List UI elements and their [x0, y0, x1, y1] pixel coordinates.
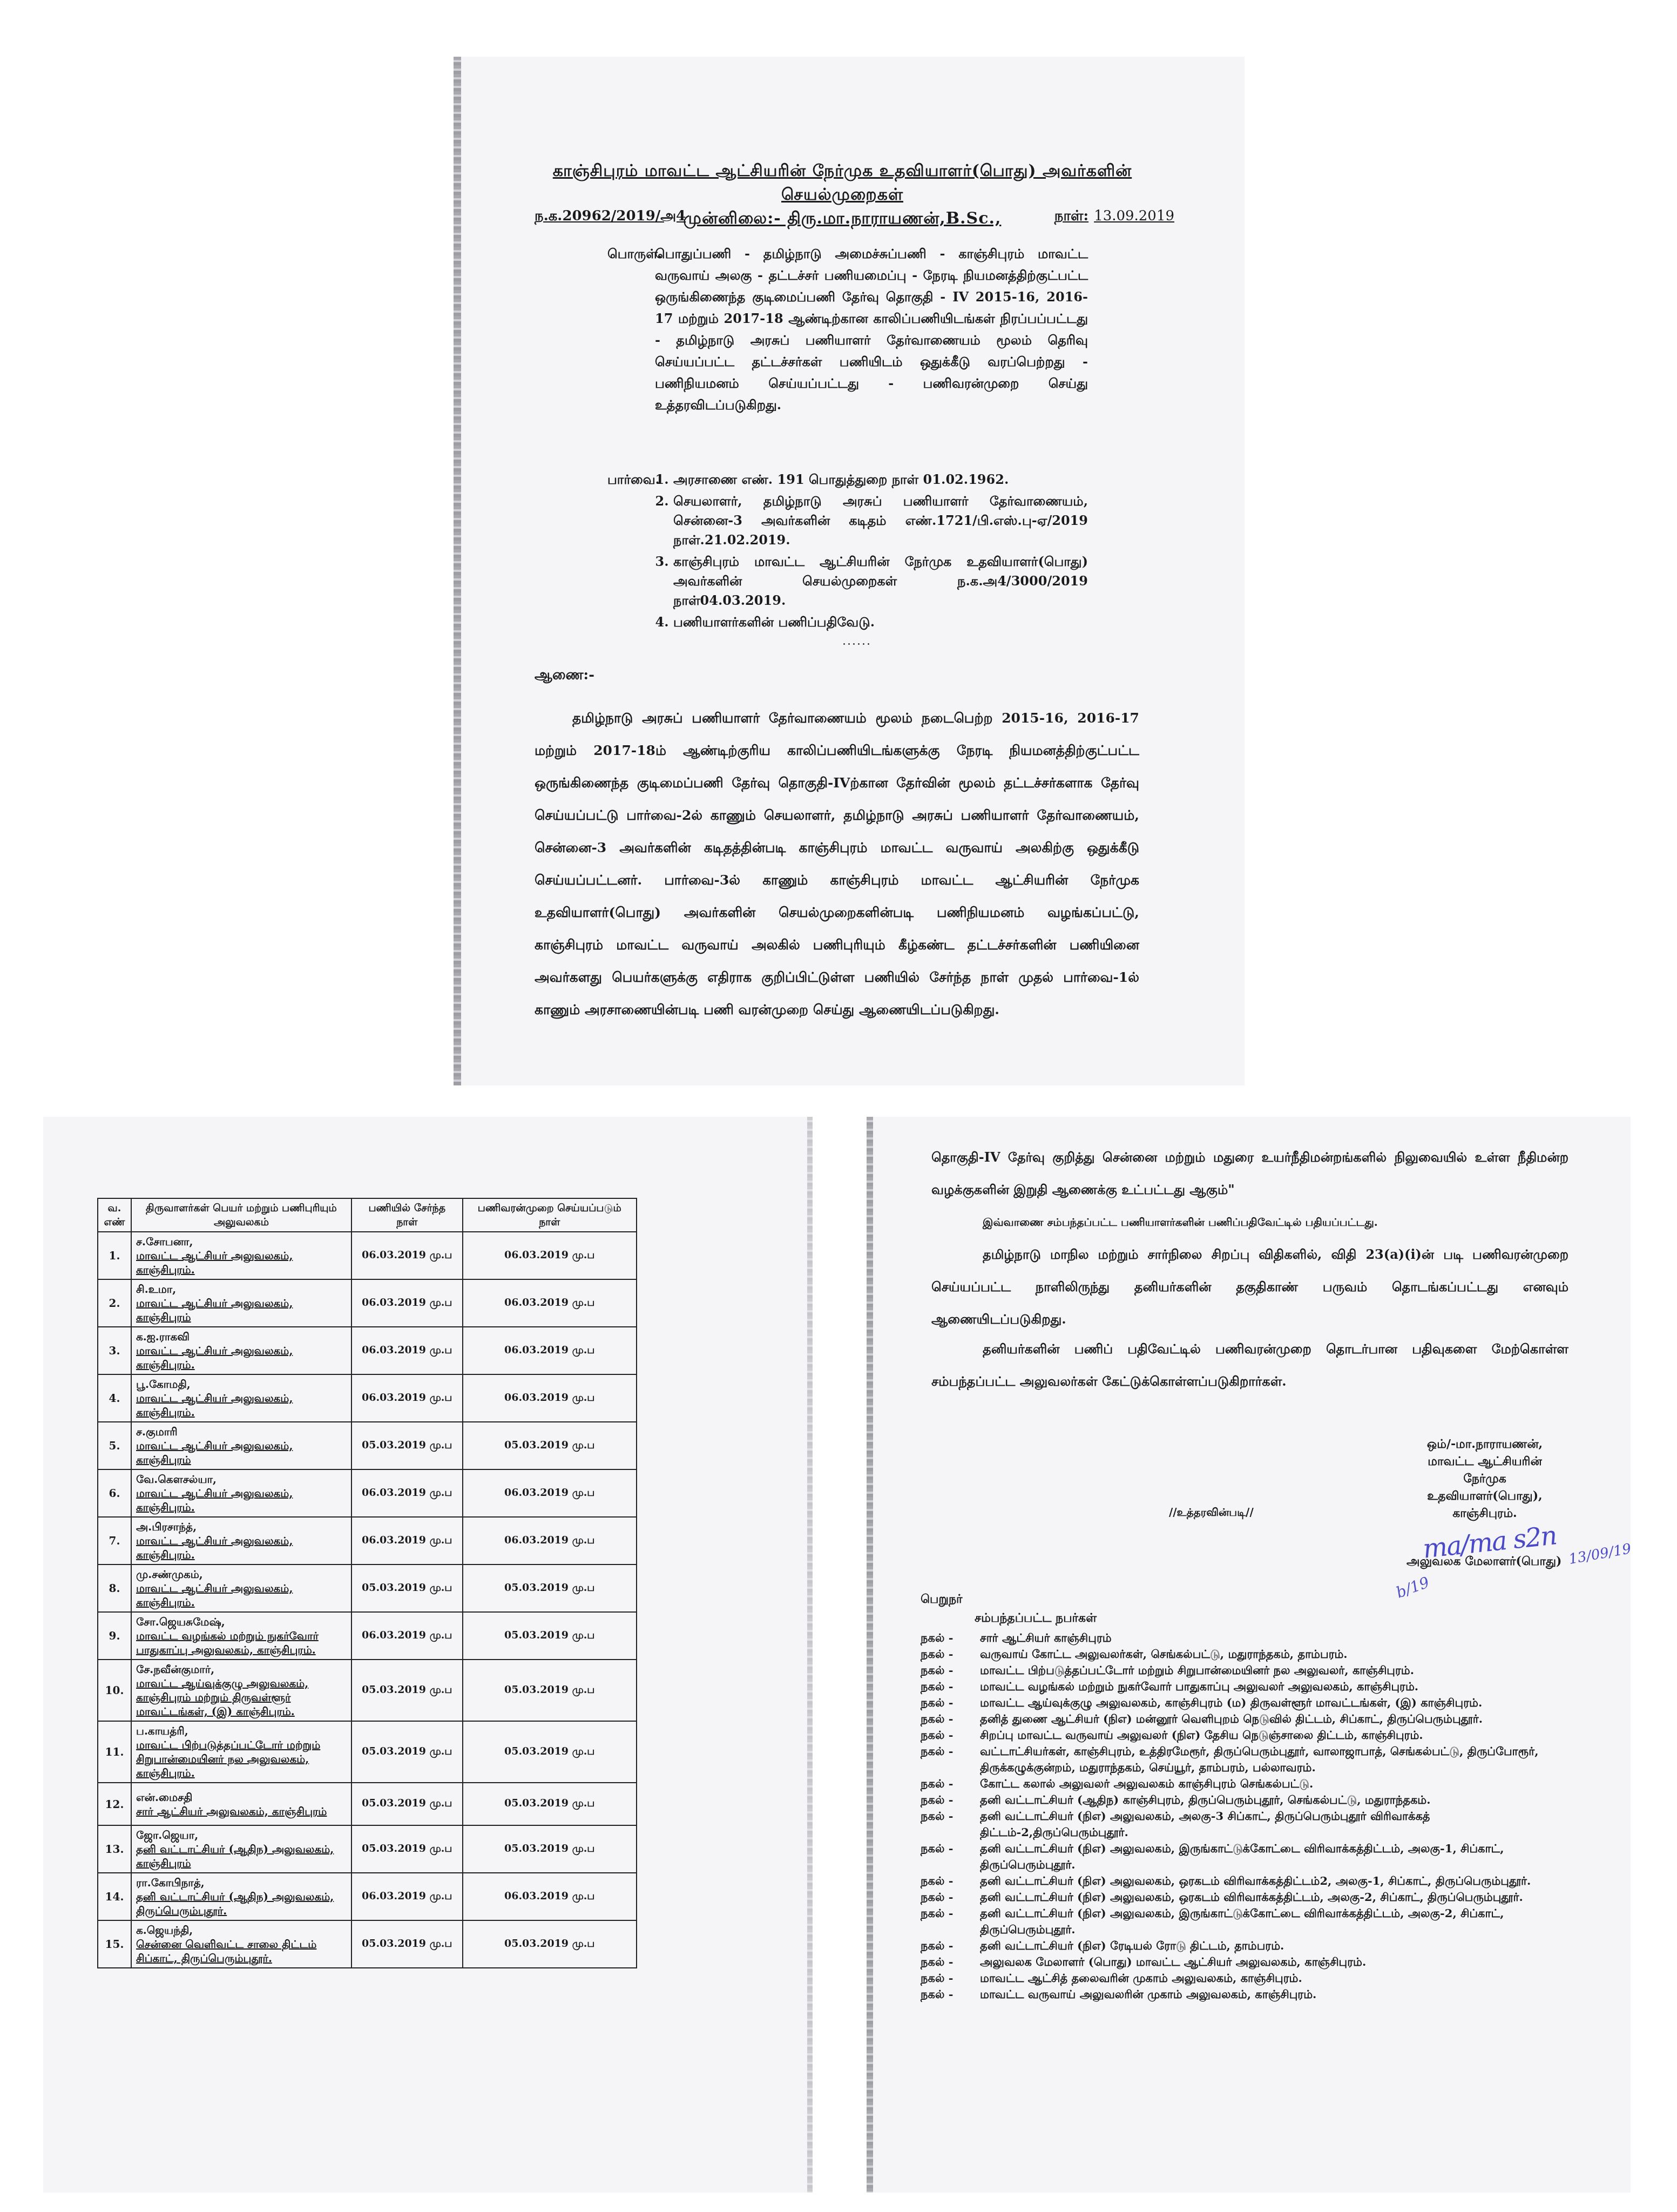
- employee-name: பூ.கோமதி,: [136, 1378, 191, 1391]
- employee-office: மாவட்ட ஆட்சியர் அலுவலகம், காஞ்சிபுரம்.: [136, 1581, 347, 1609]
- signature-date: 13/09/19: [1567, 1541, 1632, 1568]
- copy-recipient: தனி வட்டாட்சியர் (நிஎ) அலுவலகம், அலகு-3 …: [980, 1808, 1568, 1840]
- employee-office: தனி வட்டாட்சியர் (ஆதிந) அலுவலகம், திருப்…: [136, 1890, 347, 1918]
- copy-recipient: கோட்ட கலால் அலுவலர் அலுவலகம் காஞ்சிபுரம்…: [980, 1776, 1313, 1792]
- cell-sl-no: 2.: [98, 1279, 131, 1327]
- cell-name-office: க.ஐ.ராகவிமாவட்ட ஆட்சியர் அலுவலகம், காஞ்ச…: [131, 1327, 351, 1374]
- copy-to-item: நகல் -தனி வட்டாட்சியர் (நிஎ) அலுவலகம், இ…: [921, 1840, 1568, 1873]
- cell-name-office: ப.காயத்ரி,மாவட்ட பிற்படுத்தப்பட்டோர் மற்…: [131, 1721, 351, 1783]
- order-body: தமிழ்நாடு அரசுப் பணியாளர் தேர்வாணையம் மூ…: [535, 702, 1139, 1026]
- cell-regularised-date: 05.03.2019 மு.ப: [463, 1825, 637, 1873]
- employee-office: மாவட்ட ஆட்சியர் அலுவலகம், காஞ்சிபுரம்.: [136, 1249, 347, 1277]
- date-label: நாள்:: [1054, 208, 1088, 224]
- cell-joined-date: 06.03.2019 மு.ப: [351, 1873, 463, 1920]
- employee-name: ச.குமாரி: [136, 1425, 178, 1438]
- cell-name-office: சே.நவீன்குமார்,மாவட்ட ஆய்வுக்குழு அலுவலக…: [131, 1660, 351, 1721]
- employee-office: சென்னை வெளிவட்ட சாலை திட்டம் சிப்காட், த…: [136, 1937, 347, 1965]
- cell-sl-no: 3.: [98, 1327, 131, 1374]
- cell-joined-date: 05.03.2019 மு.ப: [351, 1564, 463, 1612]
- cell-name-office: க.ஜெயந்தி,சென்னை வெளிவட்ட சாலை திட்டம் ச…: [131, 1920, 351, 1968]
- document-date: நாள்:13.09.2019: [1054, 208, 1174, 226]
- table-header-row: வ. எண் திருவாளர்கள் பெயர் மற்றும் பணிபுர…: [98, 1198, 637, 1232]
- header-regularised-date: பணிவரன்முறை செய்யப்படும் நாள்: [463, 1198, 637, 1232]
- copy-prefix: நகல் -: [921, 1808, 980, 1840]
- copy-prefix: நகல் -: [921, 1776, 980, 1792]
- instruction-para: தனியர்களின் பணிப் பதிவேட்டில் பணிவரன்முற…: [931, 1333, 1568, 1398]
- cell-name-office: என்.மைசதிசார் ஆட்சியர் அலுவலகம், காஞ்சிப…: [131, 1783, 351, 1825]
- table-row: 9.சோ.ஜெயசுமேஷ்,மாவட்ட வழங்கல் மற்றும் நு…: [98, 1612, 637, 1660]
- copy-prefix: நகல் -: [921, 1711, 980, 1727]
- employee-office: மாவட்ட வழங்கல் மற்றும் நுகர்வோர் பாதுகாப…: [136, 1629, 347, 1657]
- handwritten-initial: b/19: [1394, 1573, 1431, 1602]
- cell-regularised-date: 06.03.2019 மு.ப: [463, 1469, 637, 1517]
- date-value: 13.09.2019: [1094, 208, 1174, 224]
- cell-name-office: மு.சண்முகம்,மாவட்ட ஆட்சியர் அலுவலகம், கா…: [131, 1564, 351, 1612]
- table-row: 12.என்.மைசதிசார் ஆட்சியர் அலுவலகம், காஞ்…: [98, 1783, 637, 1825]
- cell-joined-date: 05.03.2019 மு.ப: [351, 1721, 463, 1783]
- table-row: 4.பூ.கோமதி,மாவட்ட ஆட்சியர் அலுவலகம், காஞ…: [98, 1374, 637, 1422]
- copy-prefix: நகல் -: [921, 1678, 980, 1695]
- copy-recipient: தனித் துணை ஆட்சியர் (நிஎ) மன்னூர் வெளிபு…: [980, 1711, 1483, 1727]
- cell-sl-no: 13.: [98, 1825, 131, 1873]
- reference-item: காஞ்சிபுரம் மாவட்ட ஆட்சியரின் நேர்முக உத…: [673, 552, 1088, 610]
- office-manager-title: அலுவலக மேலாளர்(பொது): [1406, 1554, 1561, 1570]
- employee-name: வே.கௌசல்யா,: [136, 1473, 217, 1486]
- table-row: 13.ஜோ.ஜெயா,தனி வட்டாட்சியர் (ஆதிந) அலுவல…: [98, 1825, 637, 1873]
- employee-office: மாவட்ட ஆட்சியர் அலுவலகம், காஞ்சிபுரம்.: [136, 1486, 347, 1514]
- cell-name-office: ஜோ.ஜெயா,தனி வட்டாட்சியர் (ஆதிந) அலுவலகம்…: [131, 1825, 351, 1873]
- cell-joined-date: 06.03.2019 மு.ப: [351, 1517, 463, 1564]
- signatory-line: மாவட்ட ஆட்சியரின்: [1406, 1453, 1563, 1470]
- copy-to-item: நகல் -சிறப்பு மாவட்ட வருவாய் அலுவலர் (நி…: [921, 1727, 1568, 1743]
- employee-name: ஜோ.ஜெயா,: [136, 1829, 198, 1842]
- header-sl-no: வ. எண்: [98, 1198, 131, 1232]
- copy-to-list: நகல் -சார் ஆட்சியர் காஞ்சிபுரம்நகல் -வரு…: [921, 1630, 1568, 2002]
- cell-joined-date: 05.03.2019 மு.ப: [351, 1783, 463, 1825]
- employee-name: ரா.கோபிநாத்,: [136, 1876, 205, 1889]
- copy-to-item: நகல் -அலுவலக மேலாளர் (பொது) மாவட்ட ஆட்சி…: [921, 1954, 1568, 1970]
- references-list: அரசாணை எண். 191 பொதுத்துறை நாள் 01.02.19…: [655, 470, 1088, 634]
- cell-name-office: ச.குமாரிமாவட்ட ஆட்சியர் அலுவலகம், காஞ்சி…: [131, 1422, 351, 1469]
- cell-joined-date: 06.03.2019 மு.ப: [351, 1612, 463, 1660]
- by-order-text: //உத்தரவின்படி//: [1169, 1506, 1254, 1520]
- copy-recipient: மாவட்ட வருவாய் அலுவலரின் முகாம் அலுவலகம்…: [980, 1986, 1316, 2002]
- cell-joined-date: 06.03.2019 மு.ப: [351, 1374, 463, 1422]
- cell-sl-no: 1.: [98, 1232, 131, 1279]
- copy-to-item: நகல் -தனி வட்டாட்சியர் (நிஎ) அலுவலகம், இ…: [921, 1905, 1568, 1938]
- copy-recipient: மாவட்ட ஆய்வுக்குழு அலுவலகம், காஞ்சிபுரம்…: [980, 1695, 1482, 1711]
- copy-to-item: நகல் -தனி வட்டாட்சியர் (நிஎ) ரேடியல் ரோட…: [921, 1938, 1568, 1954]
- signatory-line: நேர்முக உதவியாளர்(பொது),: [1406, 1470, 1563, 1505]
- copy-prefix: நகல் -: [921, 1727, 980, 1743]
- table-row: 5.ச.குமாரிமாவட்ட ஆட்சியர் அலுவலகம், காஞ்…: [98, 1422, 637, 1469]
- cell-regularised-date: 05.03.2019 மு.ப: [463, 1612, 637, 1660]
- cell-sl-no: 6.: [98, 1469, 131, 1517]
- copy-prefix: நகல் -: [921, 1630, 980, 1646]
- copy-recipient: தனி வட்டாட்சியர் (நிஎ) அலுவலகம், இருங்கா…: [980, 1840, 1568, 1873]
- copy-to-item: நகல் -மாவட்ட பிற்படுத்தப்பட்டோர் மற்றும்…: [921, 1662, 1568, 1678]
- table-row: 1.ச.சோபனா,மாவட்ட ஆட்சியர் அலுவலகம், காஞ்…: [98, 1232, 637, 1279]
- recipient-label: பெறுநர்: [921, 1592, 963, 1608]
- copy-to-item: நகல் -மாவட்ட வருவாய் அலுவலரின் முகாம் அல…: [921, 1986, 1568, 2002]
- cell-sl-no: 8.: [98, 1564, 131, 1612]
- copy-to-item: நகல் -தனித் துணை ஆட்சியர் (நிஎ) மன்னூர் …: [921, 1711, 1568, 1727]
- employee-office: மாவட்ட ஆய்வுக்குழு அலுவலகம், காஞ்சிபுரம்…: [136, 1676, 347, 1718]
- employee-office: தனி வட்டாட்சியர் (ஆதிந) அலுவலகம், காஞ்சி…: [136, 1842, 347, 1870]
- copy-recipient: தனி வட்டாட்சியர் (நிஎ) அலுவலகம், ஒரகடம் …: [980, 1873, 1531, 1889]
- copy-prefix: நகல் -: [921, 1889, 980, 1905]
- cell-name-office: அ.பிரசாந்த்,மாவட்ட ஆட்சியர் அலுவலகம், கா…: [131, 1517, 351, 1564]
- copy-recipient: சிறப்பு மாவட்ட வருவாய் அலுவலர் (நிஎ) தேச…: [980, 1727, 1423, 1743]
- cell-name-office: ரா.கோபிநாத்,தனி வட்டாட்சியர் (ஆதிந) அலுவ…: [131, 1873, 351, 1920]
- cell-regularised-date: 05.03.2019 மு.ப: [463, 1721, 637, 1783]
- page-3-continuation: தொகுதி-IV தேர்வு குறித்து சென்னை மற்றும்…: [867, 1117, 1631, 2193]
- cell-joined-date: 06.03.2019 மு.ப: [351, 1469, 463, 1517]
- employee-name: க.ஐ.ராகவி: [136, 1330, 190, 1343]
- references-block: பார்வை. அரசாணை எண். 191 பொதுத்துறை நாள் …: [607, 470, 1088, 634]
- reference-item: பணியாளர்களின் பணிப்பதிவேடு.: [673, 612, 1088, 632]
- cell-sl-no: 12.: [98, 1783, 131, 1825]
- copy-recipient: மாவட்ட ஆட்சித் தலைவரின் முகாம் அலுவலகம்,…: [980, 1970, 1302, 1986]
- cell-name-office: பூ.கோமதி,மாவட்ட ஆட்சியர் அலுவலகம், காஞ்ச…: [131, 1374, 351, 1422]
- header-joined-date: பணியில் சேர்ந்த நாள்: [351, 1198, 463, 1232]
- employee-name: ப.காயத்ரி,: [136, 1724, 188, 1737]
- cell-name-office: சோ.ஜெயசுமேஷ்,மாவட்ட வழங்கல் மற்றும் நுகர…: [131, 1612, 351, 1660]
- recipient-value: சம்பந்தப்பட்ட நபர்கள்: [975, 1611, 1097, 1627]
- copy-recipient: வட்டாட்சியர்கள், காஞ்சிபுரம், உத்திரமேரூ…: [980, 1743, 1568, 1776]
- employee-name: க.ஜெயந்தி,: [136, 1924, 193, 1937]
- employee-office: மாவட்ட பிற்படுத்தப்பட்டோர் மற்றும் சிறுப…: [136, 1738, 347, 1780]
- copy-prefix: நகல் -: [921, 1873, 980, 1889]
- employee-office: மாவட்ட ஆட்சியர் அலுவலகம், காஞ்சிபுரம்: [136, 1439, 347, 1467]
- copy-prefix: நகல் -: [921, 1986, 980, 2002]
- cell-sl-no: 15.: [98, 1920, 131, 1968]
- copy-prefix: நகல் -: [921, 1954, 980, 1970]
- cell-joined-date: 06.03.2019 மு.ப: [351, 1279, 463, 1327]
- copy-prefix: நகல் -: [921, 1743, 980, 1776]
- employee-name: ச.சோபனா,: [136, 1235, 193, 1248]
- employee-office: மாவட்ட ஆட்சியர் அலுவலகம், காஞ்சிபுரம்.: [136, 1534, 347, 1562]
- copy-recipient: தனி வட்டாட்சியர் (நிஎ) அலுவலகம், இருங்கா…: [980, 1905, 1568, 1938]
- copy-recipient: அலுவலக மேலாளர் (பொது) மாவட்ட ஆட்சியர் அல…: [980, 1954, 1366, 1970]
- signatory-line: ஒம்/-மா.நாராயணன்,: [1406, 1435, 1563, 1453]
- copy-recipient: தனி வட்டாட்சியர் (ஆதிந) காஞ்சிபுரம், திர…: [980, 1792, 1431, 1808]
- header-name-office: திருவாளர்கள் பெயர் மற்றும் பணிபுரியும் அ…: [131, 1198, 351, 1232]
- copy-to-item: நகல் -மாவட்ட ஆட்சித் தலைவரின் முகாம் அலு…: [921, 1970, 1568, 1986]
- cell-regularised-date: 06.03.2019 மு.ப: [463, 1517, 637, 1564]
- cell-sl-no: 9.: [98, 1612, 131, 1660]
- copy-prefix: நகல் -: [921, 1695, 980, 1711]
- cell-name-office: வே.கௌசல்யா,மாவட்ட ஆட்சியர் அலுவலகம், காஞ…: [131, 1469, 351, 1517]
- subject-label: பொருள்.: [607, 243, 655, 416]
- subject-block: பொருள். பொதுப்பணி - தமிழ்நாடு அமைச்சுப்ப…: [607, 243, 1088, 416]
- table-row: 2.சி.உமா,மாவட்ட ஆட்சியர் அலுவலகம், காஞ்ச…: [98, 1279, 637, 1327]
- copy-recipient: சார் ஆட்சியர் காஞ்சிபுரம்: [980, 1630, 1112, 1646]
- table-row: 10.சே.நவீன்குமார்,மாவட்ட ஆய்வுக்குழு அலு…: [98, 1660, 637, 1721]
- employee-office: மாவட்ட ஆட்சியர் அலுவலகம், காஞ்சிபுரம்: [136, 1296, 347, 1324]
- copy-to-item: நகல் -தனி வட்டாட்சியர் (நிஎ) அலுவலகம், அ…: [921, 1808, 1568, 1840]
- employee-name: மு.சண்முகம்,: [136, 1568, 203, 1581]
- employee-office: சார் ஆட்சியர் அலுவலகம், காஞ்சிபுரம்: [136, 1804, 347, 1818]
- signatory-block: ஒம்/-மா.நாராயணன், மாவட்ட ஆட்சியரின் நேர்…: [1406, 1435, 1563, 1522]
- cell-regularised-date: 05.03.2019 மு.ப: [463, 1564, 637, 1612]
- employee-office: மாவட்ட ஆட்சியர் அலுவலகம், காஞ்சிபுரம்.: [136, 1391, 347, 1419]
- cell-regularised-date: 06.03.2019 மு.ப: [463, 1873, 637, 1920]
- copy-prefix: நகல் -: [921, 1792, 980, 1808]
- reference-number: ந.க.20962/2019/அ4: [535, 208, 686, 226]
- copy-prefix: நகல் -: [921, 1646, 980, 1662]
- order-heading: ஆணை:-: [535, 667, 594, 685]
- cell-regularised-date: 06.03.2019 மு.ப: [463, 1279, 637, 1327]
- cell-regularised-date: 06.03.2019 மு.ப: [463, 1327, 637, 1374]
- cell-regularised-date: 05.03.2019 மு.ப: [463, 1422, 637, 1469]
- references-label: பார்வை.: [607, 470, 655, 634]
- cell-regularised-date: 06.03.2019 மு.ப: [463, 1232, 637, 1279]
- probation-para: தமிழ்நாடு மாநில மற்றும் சார்நிலை சிறப்பு…: [931, 1238, 1568, 1336]
- copy-prefix: நகல் -: [921, 1905, 980, 1938]
- cell-sl-no: 10.: [98, 1660, 131, 1721]
- cell-joined-date: 05.03.2019 மு.ப: [351, 1825, 463, 1873]
- table-row: 8.மு.சண்முகம்,மாவட்ட ஆட்சியர் அலுவலகம், …: [98, 1564, 637, 1612]
- cell-joined-date: 06.03.2019 மு.ப: [351, 1232, 463, 1279]
- copy-recipient: மாவட்ட பிற்படுத்தப்பட்டோர் மற்றும் சிறுப…: [980, 1662, 1414, 1678]
- copy-to-item: நகல் -தனி வட்டாட்சியர் (நிஎ) அலுவலகம், ஒ…: [921, 1873, 1568, 1889]
- cell-joined-date: 05.03.2019 மு.ப: [351, 1422, 463, 1469]
- cell-sl-no: 4.: [98, 1374, 131, 1422]
- court-case-para: தொகுதி-IV தேர்வு குறித்து சென்னை மற்றும்…: [931, 1141, 1568, 1206]
- copy-prefix: நகல் -: [921, 1662, 980, 1678]
- cell-joined-date: 05.03.2019 மு.ப: [351, 1920, 463, 1968]
- cell-joined-date: 05.03.2019 மு.ப: [351, 1660, 463, 1721]
- cell-sl-no: 11.: [98, 1721, 131, 1783]
- cell-regularised-date: 05.03.2019 மு.ப: [463, 1920, 637, 1968]
- table-row: 14.ரா.கோபிநாத்,தனி வட்டாட்சியர் (ஆதிந) அ…: [98, 1873, 637, 1920]
- cell-name-office: ச.சோபனா,மாவட்ட ஆட்சியர் அலுவலகம், காஞ்சி…: [131, 1232, 351, 1279]
- table-row: 3.க.ஐ.ராகவிமாவட்ட ஆட்சியர் அலுவலகம், காஞ…: [98, 1327, 637, 1374]
- copy-recipient: தனி வட்டாட்சியர் (நிஎ) அலுவலகம், ஒரகடம் …: [980, 1889, 1523, 1905]
- employee-name: சி.உமா,: [136, 1283, 176, 1296]
- page-1-proceedings: காஞ்சிபுரம் மாவட்ட ஆட்சியரின் நேர்முக உத…: [454, 57, 1245, 1085]
- subject-text: பொதுப்பணி - தமிழ்நாடு அமைச்சுப்பணி - காஞ…: [655, 243, 1088, 416]
- copy-prefix: நகல் -: [921, 1970, 980, 1986]
- copy-to-item: நகல் -வட்டாட்சியர்கள், காஞ்சிபுரம், உத்த…: [921, 1743, 1568, 1776]
- cell-regularised-date: 05.03.2019 மு.ப: [463, 1660, 637, 1721]
- separator: ......: [842, 635, 871, 648]
- table-row: 15.க.ஜெயந்தி,சென்னை வெளிவட்ட சாலை திட்டம…: [98, 1920, 637, 1968]
- copy-prefix: நகல் -: [921, 1840, 980, 1873]
- table-row: 11.ப.காயத்ரி,மாவட்ட பிற்படுத்தப்பட்டோர் …: [98, 1721, 637, 1783]
- employee-office: மாவட்ட ஆட்சியர் அலுவலகம், காஞ்சிபுரம்.: [136, 1344, 347, 1372]
- reference-item: அரசாணை எண். 191 பொதுத்துறை நாள் 01.02.19…: [673, 470, 1088, 489]
- employee-name: என்.மைசதி: [136, 1791, 192, 1804]
- cell-sl-no: 7.: [98, 1517, 131, 1564]
- employee-name: அ.பிரசாந்த்,: [136, 1520, 197, 1533]
- copy-prefix: நகல் -: [921, 1938, 980, 1954]
- copy-recipient: வருவாய் கோட்ட அலுவலர்கள், செங்கல்பட்டு, …: [980, 1646, 1348, 1662]
- copy-to-item: நகல் -தனி வட்டாட்சியர் (ஆதிந) காஞ்சிபுரம…: [921, 1792, 1568, 1808]
- title-line-1: காஞ்சிபுரம் மாவட்ட ஆட்சியரின் நேர்முக உத…: [524, 159, 1161, 207]
- copy-to-item: நகல் -மாவட்ட வழங்கல் மற்றும் நுகர்வோர் ப…: [921, 1678, 1568, 1695]
- copy-to-item: நகல் -வருவாய் கோட்ட அலுவலர்கள், செங்கல்ப…: [921, 1646, 1568, 1662]
- cell-joined-date: 06.03.2019 மு.ப: [351, 1327, 463, 1374]
- employee-name: சே.நவீன்குமார்,: [136, 1663, 214, 1676]
- copy-to-item: நகல் -கோட்ட கலால் அலுவலர் அலுவலகம் காஞ்ச…: [921, 1776, 1568, 1792]
- cell-regularised-date: 06.03.2019 மு.ப: [463, 1374, 637, 1422]
- cell-sl-no: 5.: [98, 1422, 131, 1469]
- cell-regularised-date: 05.03.2019 மு.ப: [463, 1783, 637, 1825]
- employee-table: வ. எண் திருவாளர்கள் பெயர் மற்றும் பணிபுர…: [97, 1198, 637, 1968]
- copy-to-item: நகல் -மாவட்ட ஆய்வுக்குழு அலுவலகம், காஞ்ச…: [921, 1695, 1568, 1711]
- cell-sl-no: 14.: [98, 1873, 131, 1920]
- copy-to-item: நகல் -சார் ஆட்சியர் காஞ்சிபுரம்: [921, 1630, 1568, 1646]
- table-row: 6.வே.கௌசல்யா,மாவட்ட ஆட்சியர் அலுவலகம், க…: [98, 1469, 637, 1517]
- table-body: 1.ச.சோபனா,மாவட்ட ஆட்சியர் அலுவலகம், காஞ்…: [98, 1232, 637, 1968]
- signatory-line: காஞ்சிபுரம்.: [1406, 1505, 1563, 1522]
- record-note-para: இவ்வாணை சம்பந்தப்பட்ட பணியாளர்களின் பணிப…: [983, 1211, 1566, 1233]
- cell-name-office: சி.உமா,மாவட்ட ஆட்சியர் அலுவலகம், காஞ்சிப…: [131, 1279, 351, 1327]
- copy-recipient: மாவட்ட வழங்கல் மற்றும் நுகர்வோர் பாதுகாப…: [980, 1678, 1418, 1695]
- copy-to-item: நகல் -தனி வட்டாட்சியர் (நிஎ) அலுவலகம், ஒ…: [921, 1889, 1568, 1905]
- reference-item: செயலாளர், தமிழ்நாடு அரசுப் பணியாளர் தேர்…: [673, 491, 1088, 550]
- table-row: 7.அ.பிரசாந்த்,மாவட்ட ஆட்சியர் அலுவலகம், …: [98, 1517, 637, 1564]
- employee-name: சோ.ஜெயசுமேஷ்,: [136, 1615, 225, 1628]
- copy-recipient: தனி வட்டாட்சியர் (நிஎ) ரேடியல் ரோடு திட்…: [980, 1938, 1284, 1954]
- page-2-employee-table: வ. எண் திருவாளர்கள் பெயர் மற்றும் பணிபுர…: [43, 1117, 813, 2193]
